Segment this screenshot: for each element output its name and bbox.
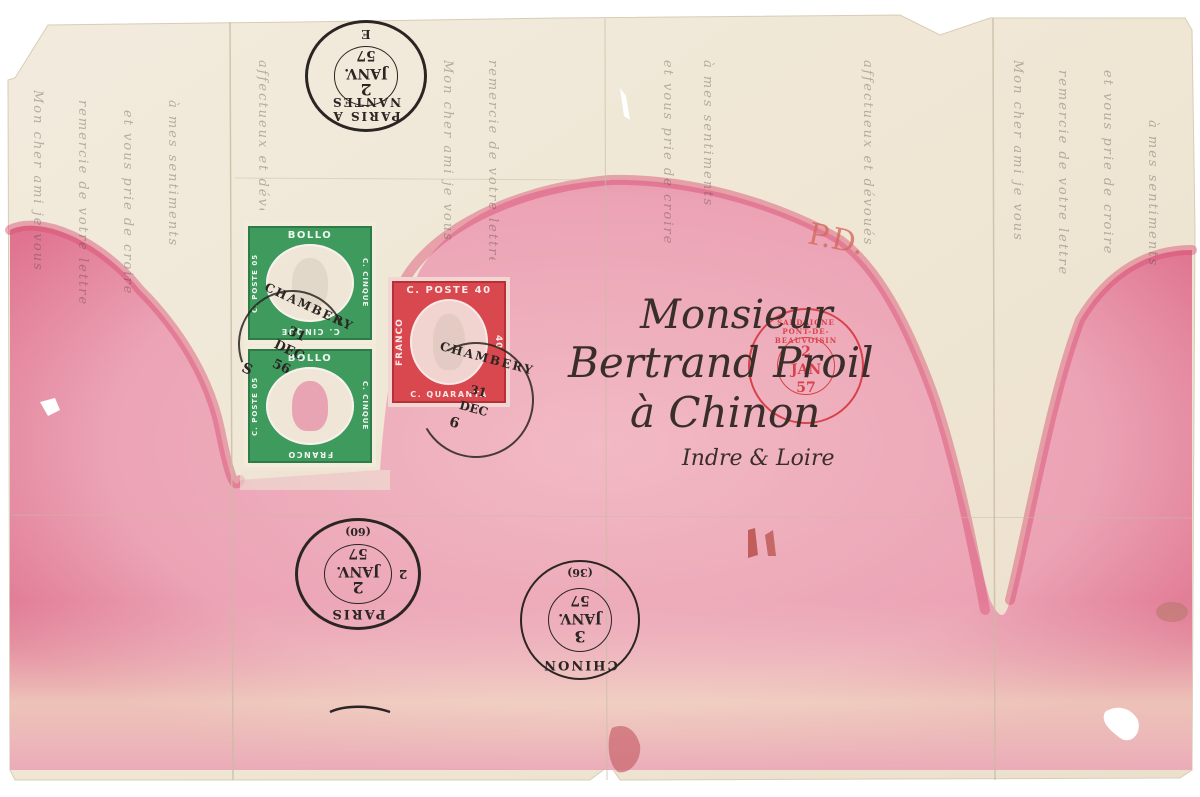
postmark-paris: PARIS 2 JANV. 57 (60) 2: [295, 518, 421, 630]
stamp-top-text: BOLLO: [260, 230, 360, 241]
letter-text-column: à mes sentiments: [700, 60, 715, 260]
postmark-year: 57: [298, 545, 418, 561]
postal-cover: Mon cher ami je vous remercie de votre l…: [0, 0, 1200, 797]
stamp-right-text: C. CINQUE: [357, 242, 369, 324]
postmark-side: 2: [298, 567, 508, 581]
postmark-month: JANV.: [308, 65, 424, 81]
letter-text-column: Mon cher ami je vous: [30, 90, 45, 750]
letter-text-column: remercie de votre lettre: [485, 60, 500, 260]
stamp-right-text: C. CINQUE: [357, 365, 369, 447]
letter-text-column: affectueux et dévoués: [255, 60, 270, 210]
address-name: Bertrand Proil: [568, 338, 874, 387]
letter-text-column: remercie de votre lettre: [75, 100, 90, 740]
letter-text-column: Mon cher ami je vous: [1010, 60, 1025, 680]
letter-text-column: Mon cher ami je vous: [440, 60, 455, 260]
postmark-chinon: CHINON 3 JANV. 57 (36): [520, 560, 640, 680]
postmark-ring-text: PARIS A NANTES: [308, 95, 424, 123]
stamp-top-text: C. POSTE 40: [404, 285, 494, 296]
postmark-paris-a-nantes: PARIS A NANTES 2 JANV. 57 E: [305, 20, 427, 132]
stamp-left-text: FRANCO: [395, 297, 407, 387]
postmark-sub: (36): [522, 566, 638, 579]
postmark-day: 2: [308, 80, 424, 99]
postmark-letter: E: [308, 27, 424, 41]
letter-text-column: et vous prie de croire: [1100, 70, 1115, 690]
letter-text-column: à mes sentiments: [165, 100, 180, 720]
postmark-day: 3: [522, 627, 638, 646]
postmark-year: 57: [308, 47, 424, 63]
stamp-bottom-text: FRANCO: [260, 450, 360, 459]
letter-text-column: et vous prie de croire: [120, 110, 135, 730]
postmark-ring-text: PARIS: [298, 606, 418, 621]
postmark-year: 57: [522, 592, 638, 608]
letter-text-column: remercie de votre lettre: [1055, 70, 1070, 690]
address-city: à Chinon: [630, 388, 820, 437]
letter-text-column: à mes sentiments: [1145, 120, 1160, 680]
letter-text-column: et vous prie de croire: [660, 60, 675, 270]
postmark-ring-text: CHINON: [522, 657, 638, 672]
address-department: Indre & Loire: [682, 446, 834, 471]
address-salutation: Monsieur: [640, 292, 833, 338]
postmark-sub: (60): [298, 525, 418, 538]
postmark-month: JANV.: [522, 610, 638, 626]
